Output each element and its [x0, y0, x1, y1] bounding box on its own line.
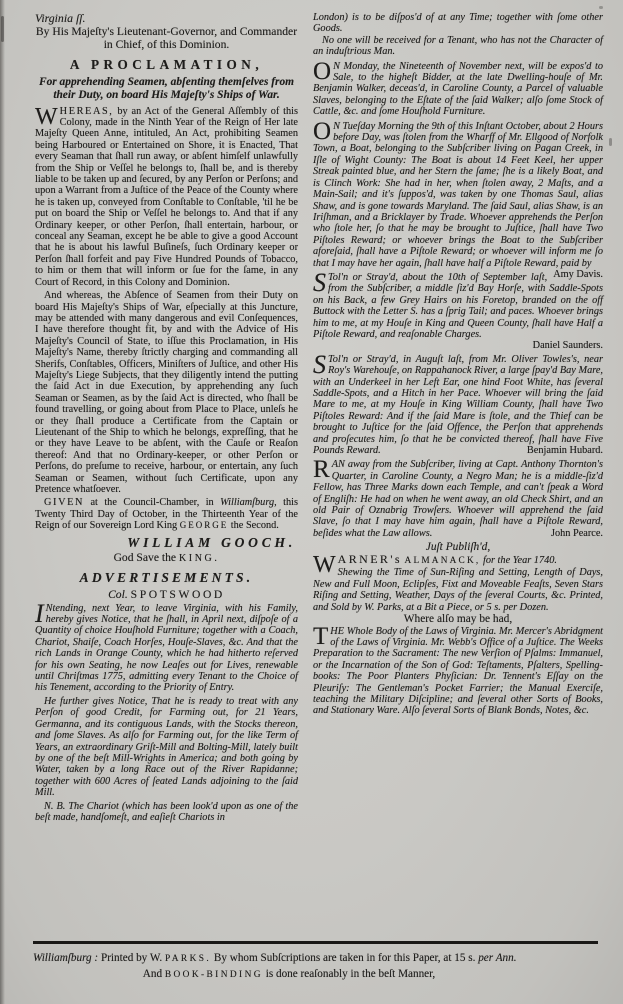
footer-imprint-line-1: Williamſburg : Printed by W. Parks. By w… — [33, 951, 605, 967]
books-for-sale-ad: THE Whole Body of the Laws of Virginia. … — [313, 626, 603, 717]
given-pre: at the Council-Chamber, in — [84, 497, 220, 508]
advertisements-heading: ADVERTISEMENTS. — [35, 570, 298, 585]
amy-davis-signature: Amy Davis. — [547, 269, 603, 280]
spotswood-continuation-paragraph-1: London) is to be diſpos'd of at any Time… — [313, 12, 603, 35]
signature-william-gooch: WILLIAM GOOCH. — [35, 535, 296, 550]
stray-mare-text: Tol'n or Stray'd, in Auguſt laſt, from M… — [313, 354, 603, 456]
god-save-text: God Save the — [114, 551, 179, 564]
almanack-title-word: Almanack, — [405, 556, 481, 566]
footer-rule — [33, 941, 598, 944]
dropcap-s-icon: S — [313, 355, 326, 375]
stolen-boat-ad: ON Tueſday Morning the 9th of this Inſta… — [313, 121, 603, 269]
stray-horse-text: Tol'n or Stray'd, about the 10th of Sept… — [313, 272, 603, 340]
proclamation-given: GIVEN at the Council-Chamber, in William… — [35, 497, 298, 531]
god-save-king-line: God Save the King. — [35, 551, 298, 565]
imprint-footer: Williamſburg : Printed by W. Parks. By w… — [33, 951, 605, 983]
john-pearce-signature: John Pearce. — [545, 528, 603, 539]
runaway-slave-ad: RAN away from the Subſcriber, living at … — [313, 459, 603, 539]
imprint-manner: is done reaſonably in the beſt Manner, — [266, 968, 436, 980]
almanack-year-phrase: for the Year 1740. — [483, 555, 557, 566]
scan-artifact — [599, 6, 603, 9]
dropcap-t-icon: T — [313, 627, 328, 647]
almanack-title-name: ARNER's — [338, 552, 402, 566]
daniel-saunders-signature: Daniel Saunders. — [313, 340, 603, 351]
spotswood-ad-heading: Col. SPOTSWOOD — [35, 588, 298, 601]
stray-mare-ad: STol'n or Stray'd, in Auguſt laſt, from … — [313, 354, 603, 457]
dropcap-w-icon: W — [35, 107, 58, 127]
given-king-name: George — [180, 520, 229, 530]
walker-slave-sale-ad: ON Monday, the Nineteenth of November ne… — [313, 61, 603, 118]
stolen-boat-text: N Tueſday Morning the 9th of this Inſtan… — [313, 121, 603, 269]
imprint-per-ann: per Ann. — [478, 952, 516, 964]
imprint-and: And — [143, 968, 162, 980]
two-column-layout: Virginia ſſ. By His Majeſty's Lieutenant… — [35, 12, 603, 823]
masthead-colony: Virginia ſſ. — [35, 12, 298, 25]
newspaper-page: Virginia ſſ. By His Majeſty's Lieutenant… — [0, 0, 623, 1004]
benjamin-hubard-signature: Benjamin Hubard. — [521, 445, 603, 456]
dropcap-o-icon: O — [313, 62, 331, 82]
dropcap-w-icon: W — [313, 555, 336, 575]
scan-artifact — [0, 0, 5, 1004]
scan-artifact — [609, 138, 612, 146]
imprint-printed-by: Printed by W. — [101, 952, 162, 964]
books-list-text: HE Whole Body of the Laws of Virginia. M… — [313, 626, 603, 717]
spotswood-ad-paragraph-1: INtending, next Year, to leave Virginia,… — [35, 603, 298, 694]
masthead-authority: By His Majeſty's Lieutenant-Governor, an… — [35, 25, 298, 51]
imprint-printer-name: Parks. — [165, 954, 211, 964]
col-abbreviation: Col. — [108, 588, 128, 601]
scan-artifact — [1, 16, 4, 42]
dropcap-o-icon: O — [313, 122, 331, 142]
runaway-text: AN away from the Subſcriber, living at C… — [313, 459, 603, 538]
dropcap-s-icon: S — [313, 273, 326, 293]
given-word: GIVEN — [35, 497, 84, 508]
stray-horse-ad: STol'n or Stray'd, about the 10th of Sep… — [313, 272, 603, 340]
spotswood-ad-paragraph-1-text: Ntending, next Year, to leave Virginia, … — [35, 603, 298, 694]
spotswood-continuation-paragraph-2: No one will be received for a Tenant, wh… — [313, 35, 603, 58]
almanack-ad: WARNER's Almanack, for the Year 1740.She… — [313, 554, 603, 613]
imprint-place: Williamſburg : — [33, 952, 98, 964]
spotswood-name: SPOTSWOOD — [131, 588, 225, 601]
almanack-body-text: Shewing the Time of Sun-Riſing and Setti… — [313, 567, 603, 612]
right-column: London) is to be diſpos'd of at any Time… — [313, 12, 603, 823]
imprint-bookbinding: Book-Binding — [165, 970, 263, 980]
left-column: Virginia ſſ. By His Majeſty's Lieutenant… — [35, 12, 298, 823]
walker-sale-text: N Monday, the Nineteenth of November nex… — [313, 61, 603, 118]
footer-imprint-line-2: And Book-Binding is done reaſonably in t… — [33, 967, 605, 983]
dropcap-i-icon: I — [35, 604, 44, 624]
given-post: the Second. — [228, 520, 279, 531]
proclamation-paragraph-1-text: by an Act of the General Aſſembly of thi… — [35, 106, 298, 288]
spotswood-ad-paragraph-3: N. B. The Chariot (which has been look'd… — [35, 801, 298, 824]
whereas-lead: HEREAS, — [60, 106, 114, 117]
where-also-line: Where alſo may be had, — [313, 613, 603, 626]
proclamation-epigraph: For apprehending Seamen, abſenting themſ… — [35, 76, 298, 101]
proclamation-title: A PROCLAMATION, — [35, 57, 298, 72]
given-place: Williamſburg, — [220, 497, 277, 508]
imprint-subscriptions: By whom Subſcriptions are taken in for t… — [214, 952, 476, 964]
spotswood-ad-paragraph-2: He further gives Notice, That he is read… — [35, 696, 298, 799]
proclamation-paragraph-2: And whereas, the Abſence of Seamen from … — [35, 290, 298, 495]
dropcap-r-icon: R — [313, 460, 330, 480]
god-save-king-word: King. — [179, 553, 220, 564]
proclamation-paragraph-1: WHEREAS, by an Act of the General Aſſemb… — [35, 106, 298, 289]
